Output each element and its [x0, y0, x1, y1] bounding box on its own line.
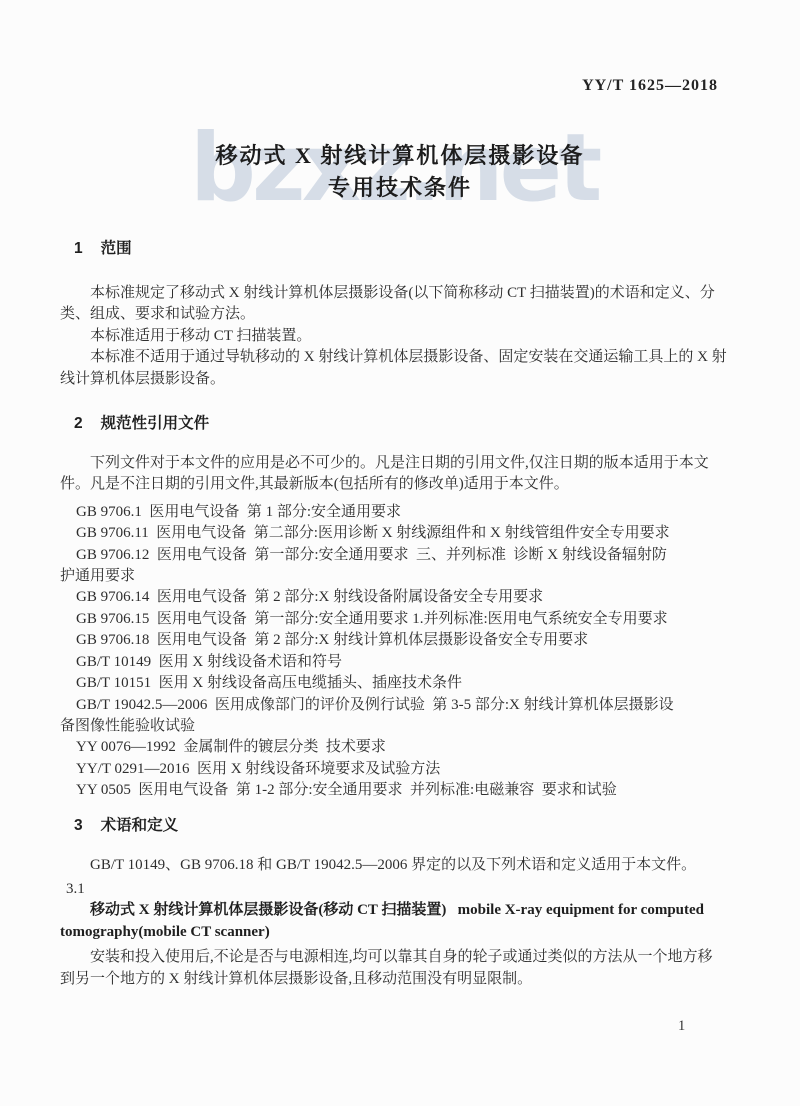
reference-item: GB 9706.12 医用电气设备 第一部分:安全通用要求 三、并列标准 诊断 …	[60, 545, 740, 566]
section-number: 2	[74, 415, 83, 432]
references-list: GB 9706.1 医用电气设备 第 1 部分:安全通用要求 GB 9706.1…	[60, 502, 740, 802]
term-name-line: tomography(mobile CT scanner)	[60, 922, 740, 943]
section-heading-terms: 3术语和定义	[60, 815, 740, 837]
section-heading-scope: 1范围	[60, 238, 740, 260]
document-body: 1范围 本标准规定了移动式 X 射线计算机体层摄影设备(以下简称移动 CT 扫描…	[60, 238, 740, 990]
reference-item: GB 9706.18 医用电气设备 第 2 部分:X 射线计算机体层摄影设备安全…	[60, 630, 740, 651]
reference-item-wrap: 护通用要求	[60, 566, 740, 587]
reference-item: GB/T 10151 医用 X 射线设备高压电缆插头、插座技术条件	[60, 673, 740, 694]
section-title: 术语和定义	[101, 817, 179, 834]
document-title: 移动式 X 射线计算机体层摄影设备 专用技术条件	[0, 140, 800, 204]
scope-paragraphs: 本标准规定了移动式 X 射线计算机体层摄影设备(以下简称移动 CT 扫描装置)的…	[60, 283, 740, 390]
reference-item: YY 0505 医用电气设备 第 1-2 部分:安全通用要求 并列标准:电磁兼容…	[60, 780, 740, 801]
text-line: 到另一个地方的 X 射线计算机体层摄影设备,且移动范围没有明显限制。	[60, 969, 740, 990]
text-line: 本标准规定了移动式 X 射线计算机体层摄影设备(以下简称移动 CT 扫描装置)的…	[60, 283, 740, 304]
standard-code: YY/T 1625—2018	[80, 77, 718, 95]
text-line: 本标准适用于移动 CT 扫描装置。	[60, 326, 740, 347]
reference-item: YY 0076—1992 金属制件的镀层分类 技术要求	[60, 737, 740, 758]
page-number: 1	[678, 1018, 685, 1035]
section-title: 范围	[101, 240, 132, 257]
term-number: 3.1	[60, 879, 740, 900]
text-line: 本标准不适用于通过导轨移动的 X 射线计算机体层摄影设备、固定安装在交通运输工具…	[60, 347, 740, 368]
reference-item: GB/T 19042.5—2006 医用成像部门的评价及例行试验 第 3-5 部…	[60, 695, 740, 716]
title-line-2: 专用技术条件	[0, 172, 800, 204]
reference-item: GB 9706.11 医用电气设备 第二部分:医用诊断 X 射线源组件和 X 射…	[60, 523, 740, 544]
reference-item: YY/T 0291—2016 医用 X 射线设备环境要求及试验方法	[60, 759, 740, 780]
reference-item: GB/T 10149 医用 X 射线设备术语和符号	[60, 652, 740, 673]
term-name-line: 移动式 X 射线计算机体层摄影设备(移动 CT 扫描装置) mobile X-r…	[60, 900, 740, 921]
section-heading-references: 2规范性引用文件	[60, 413, 740, 435]
text-line: 下列文件对于本文件的应用是必不可少的。凡是注日期的引用文件,仅注日期的版本适用于…	[60, 453, 740, 474]
reference-item: GB 9706.15 医用电气设备 第一部分:安全通用要求 1.并列标准:医用电…	[60, 609, 740, 630]
reference-item: GB 9706.1 医用电气设备 第 1 部分:安全通用要求	[60, 502, 740, 523]
reference-item-wrap: 备图像性能验收试验	[60, 716, 740, 737]
section-number: 1	[74, 240, 83, 257]
reference-item: GB 9706.14 医用电气设备 第 2 部分:X 射线设备附属设备安全专用要…	[60, 587, 740, 608]
term-definition: 安装和投入使用后,不论是否与电源相连,均可以靠其自身的轮子或通过类似的方法从一个…	[60, 947, 740, 990]
title-line-1: 移动式 X 射线计算机体层摄影设备	[0, 140, 800, 172]
text-line: GB/T 10149、GB 9706.18 和 GB/T 19042.5—200…	[60, 855, 740, 876]
text-line: 件。凡是不注日期的引用文件,其最新版本(包括所有的修改单)适用于本文件。	[60, 474, 740, 495]
terms-intro: GB/T 10149、GB 9706.18 和 GB/T 19042.5—200…	[60, 855, 740, 876]
section-number: 3	[74, 817, 83, 834]
references-intro: 下列文件对于本文件的应用是必不可少的。凡是注日期的引用文件,仅注日期的版本适用于…	[60, 453, 740, 496]
text-line: 安装和投入使用后,不论是否与电源相连,均可以靠其自身的轮子或通过类似的方法从一个…	[60, 947, 740, 968]
text-line: 类、组成、要求和试验方法。	[60, 304, 740, 325]
text-line: 线计算机体层摄影设备。	[60, 369, 740, 390]
term-entry: 3.1 移动式 X 射线计算机体层摄影设备(移动 CT 扫描装置) mobile…	[60, 879, 740, 943]
section-title: 规范性引用文件	[101, 415, 210, 432]
